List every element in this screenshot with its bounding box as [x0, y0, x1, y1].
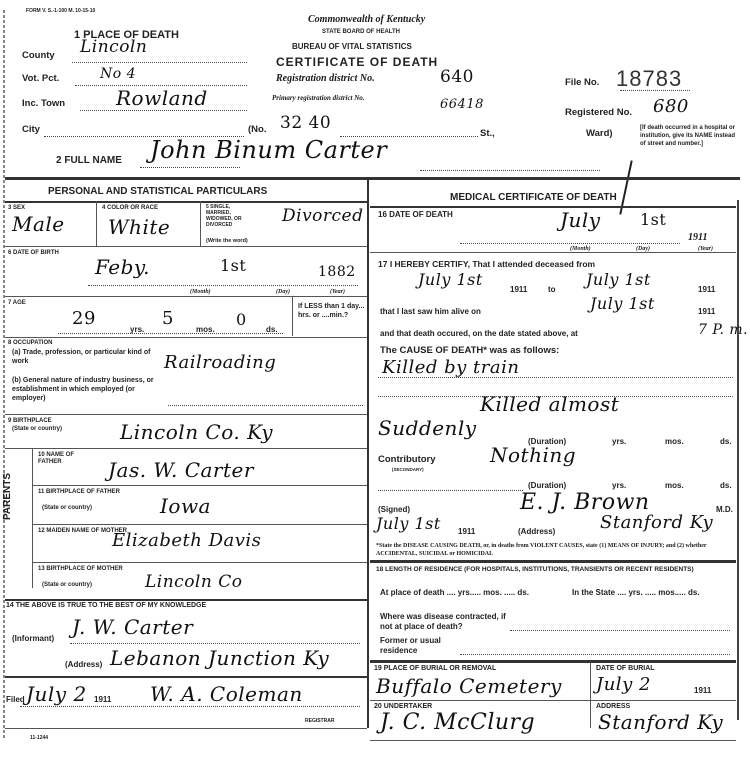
dob-day: 1st	[220, 256, 246, 275]
personal-heading: PERSONAL AND STATISTICAL PARTICULARS	[48, 186, 267, 197]
commonwealth-title: Commonwealth of Kentucky	[308, 14, 425, 25]
file-no-value: 18783	[616, 66, 682, 92]
state-board: STATE BOARD OF HEALTH	[322, 29, 400, 35]
ward-label: Ward)	[586, 128, 613, 139]
signed-label: (Signed)	[378, 505, 410, 514]
cause-label: The CAUSE OF DEATH* was as follows:	[380, 345, 559, 356]
inc-town-value: Rowland	[116, 86, 208, 110]
race-label: 4 COLOR OR RACE	[102, 205, 158, 211]
age-days: 0	[236, 310, 247, 329]
medical-address-value: Stanford Ky	[600, 512, 713, 533]
cause-line-2: Killed almost	[480, 392, 619, 416]
parents-label: PARENTS	[2, 473, 13, 520]
burial-place-value: Buffalo Cemetery	[376, 674, 562, 698]
full-name-value: John Binum Carter	[150, 136, 387, 164]
signed-date: July 1st	[376, 514, 441, 533]
informant-address-label: (Address)	[65, 660, 102, 669]
certify-text: 17 I HEREBY CERTIFY, That I attended dec…	[378, 259, 595, 269]
race-value: White	[108, 215, 170, 239]
street-no-value: 32 40	[280, 113, 331, 133]
certificate-title: CERTIFICATE OF DEATH	[276, 55, 438, 69]
sex-value: Male	[12, 212, 65, 236]
city-label: City	[22, 124, 40, 135]
sex-label: 3 SEX	[8, 205, 25, 211]
left-border	[3, 10, 5, 740]
informant-statement: 14 THE ABOVE IS TRUE TO THE BEST OF MY K…	[6, 602, 206, 609]
right-border	[737, 200, 739, 720]
former-residence-label: Former or usual residence	[380, 636, 460, 656]
footer-code: 11-1244	[30, 735, 48, 741]
birthplace-label: 9 BIRTHPLACE	[8, 418, 52, 424]
street-no-label: (No.	[248, 124, 266, 135]
birthplace-value: Lincoln Co. Ky	[120, 420, 273, 444]
dob-month: Feby.	[95, 255, 150, 279]
md-label: M.D.	[716, 505, 733, 514]
signed-year: 1911	[458, 527, 475, 536]
county-label: County	[22, 50, 55, 61]
st-label: St.,	[480, 128, 495, 139]
burial-place-label: 19 PLACE OF BURIAL OR REMOVAL	[374, 665, 496, 672]
attended-from-year: 1911	[510, 285, 527, 294]
last-saw-text: that I last saw him alive on	[380, 307, 481, 316]
occupation-a-label: (a) Trade, profession, or particular kin…	[12, 348, 152, 366]
form-number: FORM V. S.-1-100 M. 10-15-10	[26, 8, 95, 14]
residence-heading: 18 LENGTH OF RESIDENCE (FOR HOSPITALS, I…	[376, 566, 734, 574]
medical-heading: MEDICAL CERTIFICATE OF DEATH	[450, 192, 617, 203]
mother-name-value: Elizabeth Davis	[112, 530, 261, 551]
duration-ds: ds.	[720, 437, 732, 446]
cause-line-1: Killed by train	[382, 357, 519, 378]
duration-2-label: (Duration)	[528, 481, 566, 490]
duration-yrs: yrs.	[612, 437, 626, 446]
father-birthplace-value: Iowa	[160, 494, 211, 518]
registrar-label: REGISTRAR	[305, 718, 334, 724]
duration-2-mos: mos.	[665, 481, 684, 490]
informant-value: J. W. Carter	[72, 615, 193, 639]
mother-birthplace-label: 13 BIRTHPLACE OF MOTHER	[38, 566, 128, 573]
filed-label: Filed	[6, 695, 25, 704]
primary-district-value: 66418	[440, 97, 484, 112]
full-name-label: 2 FULL NAME	[56, 155, 122, 166]
contracted-label: Where was disease contracted, if not at …	[380, 612, 510, 632]
birthplace-hint: (State or country)	[12, 426, 62, 432]
burial-date-year: 1911	[694, 686, 711, 695]
undertaker-address-label: ADDRESS	[596, 703, 630, 710]
occupation-a-value: Railroading	[164, 352, 276, 373]
father-birthplace-label: 11 BIRTHPLACE OF FATHER	[38, 489, 128, 496]
duration-mos: mos.	[665, 437, 684, 446]
informant-label: (Informant)	[12, 634, 54, 643]
file-no-label: File No.	[565, 77, 599, 88]
occupation-b-label: (b) General nature of industry business,…	[12, 376, 162, 403]
contributory-label: Contributory	[378, 454, 436, 465]
at-place-label: At place of death .... yrs..... mos. ...…	[380, 588, 580, 598]
undertaker-value: J. C. McClurg	[380, 710, 535, 735]
bureau: BUREAU OF VITAL STATISTICS	[292, 42, 412, 51]
vot-pct-value: No 4	[100, 66, 136, 82]
secondary-label: (SECONDARY)	[392, 467, 424, 472]
burial-date-label: DATE OF BURIAL	[596, 665, 655, 672]
father-name-label: 10 NAME OF FATHER	[38, 452, 98, 466]
attended-from: July 1st	[418, 270, 483, 289]
undertaker-address-value: Stanford Ky	[598, 710, 723, 734]
dob-year-label: (Year)	[330, 289, 345, 295]
marital-value: Divorced	[282, 206, 364, 226]
registration-district-label: Registration district No.	[276, 73, 375, 84]
burial-date-value: July 2	[596, 674, 651, 695]
cause-line-3: Suddenly	[378, 416, 477, 440]
informant-address-value: Lebanon Junction Ky	[110, 646, 329, 670]
in-state-label: In the State .... yrs. ..... mos..... ds…	[572, 588, 737, 598]
primary-district-label: Primary registration district No.	[272, 94, 365, 102]
father-name-value: Jas. W. Carter	[108, 458, 254, 482]
registration-district-value: 640	[440, 67, 474, 87]
registrar-signature: W. A. Coleman	[150, 682, 303, 706]
duration-2-yrs: yrs.	[612, 481, 626, 490]
undertaker-label: 20 UNDERTAKER	[374, 703, 432, 710]
filed-year: 1911	[94, 695, 111, 704]
marital-hint: (Write the word)	[206, 238, 248, 244]
attended-to: July 1st	[586, 270, 651, 289]
registered-no-label: Registered No.	[565, 107, 632, 118]
age-months: 5	[162, 308, 174, 329]
last-saw-date: July 1st	[590, 294, 655, 313]
mother-birthplace-value: Lincoln Co	[145, 572, 242, 592]
dob-day-label: (Day)	[276, 289, 290, 295]
less-than-day-label: If LESS than 1 day... hrs. or ....min.?	[298, 302, 366, 320]
death-occurred-text: and that death occured, on the date stat…	[380, 329, 578, 338]
hospital-note: [If death occurred in a hospital or inst…	[640, 124, 735, 148]
duration-2-ds: ds.	[720, 481, 732, 490]
date-of-death-year: 1911	[688, 232, 707, 243]
county-value: Lincoln	[80, 37, 147, 57]
dob-label: 6 DATE OF BIRTH	[8, 250, 59, 256]
age-label: 7 AGE	[8, 300, 26, 306]
occupation-label: 8 OCCUPATION	[8, 340, 52, 346]
marital-label: 5 SINGLE, MARRIED, WIDOWED, OR DIVORCED	[206, 204, 256, 228]
last-saw-year: 1911	[698, 307, 715, 316]
registered-no-value: 680	[653, 96, 689, 117]
dob-month-label: (Month)	[190, 289, 211, 295]
to-label: to	[548, 285, 556, 294]
filed-date: July 2	[26, 682, 87, 706]
date-of-death-label: 16 DATE OF DEATH	[378, 210, 453, 219]
vot-pct-label: Vot. Pct.	[22, 73, 59, 84]
dob-year: 1882	[318, 264, 356, 280]
father-birthplace-hint: (State or country)	[42, 505, 92, 511]
cause-footnote: *State the DISEASE CAUSING DEATH, or, in…	[376, 542, 734, 558]
death-certificate: FORM V. S.-1-100 M. 10-15-10 1 PLACE OF …	[0, 0, 750, 759]
mother-birthplace-hint: (State or country)	[42, 582, 92, 588]
contributory-value: Nothing	[490, 443, 576, 467]
age-years: 29	[72, 308, 96, 329]
attended-to-year: 1911	[698, 285, 715, 294]
inc-town-label: Inc. Town	[22, 98, 65, 109]
medical-address-label: (Address)	[518, 527, 555, 536]
date-of-death-day: 1st	[640, 210, 666, 229]
death-time: 7 P. m.	[698, 322, 748, 338]
date-of-death-month: July	[560, 208, 601, 232]
